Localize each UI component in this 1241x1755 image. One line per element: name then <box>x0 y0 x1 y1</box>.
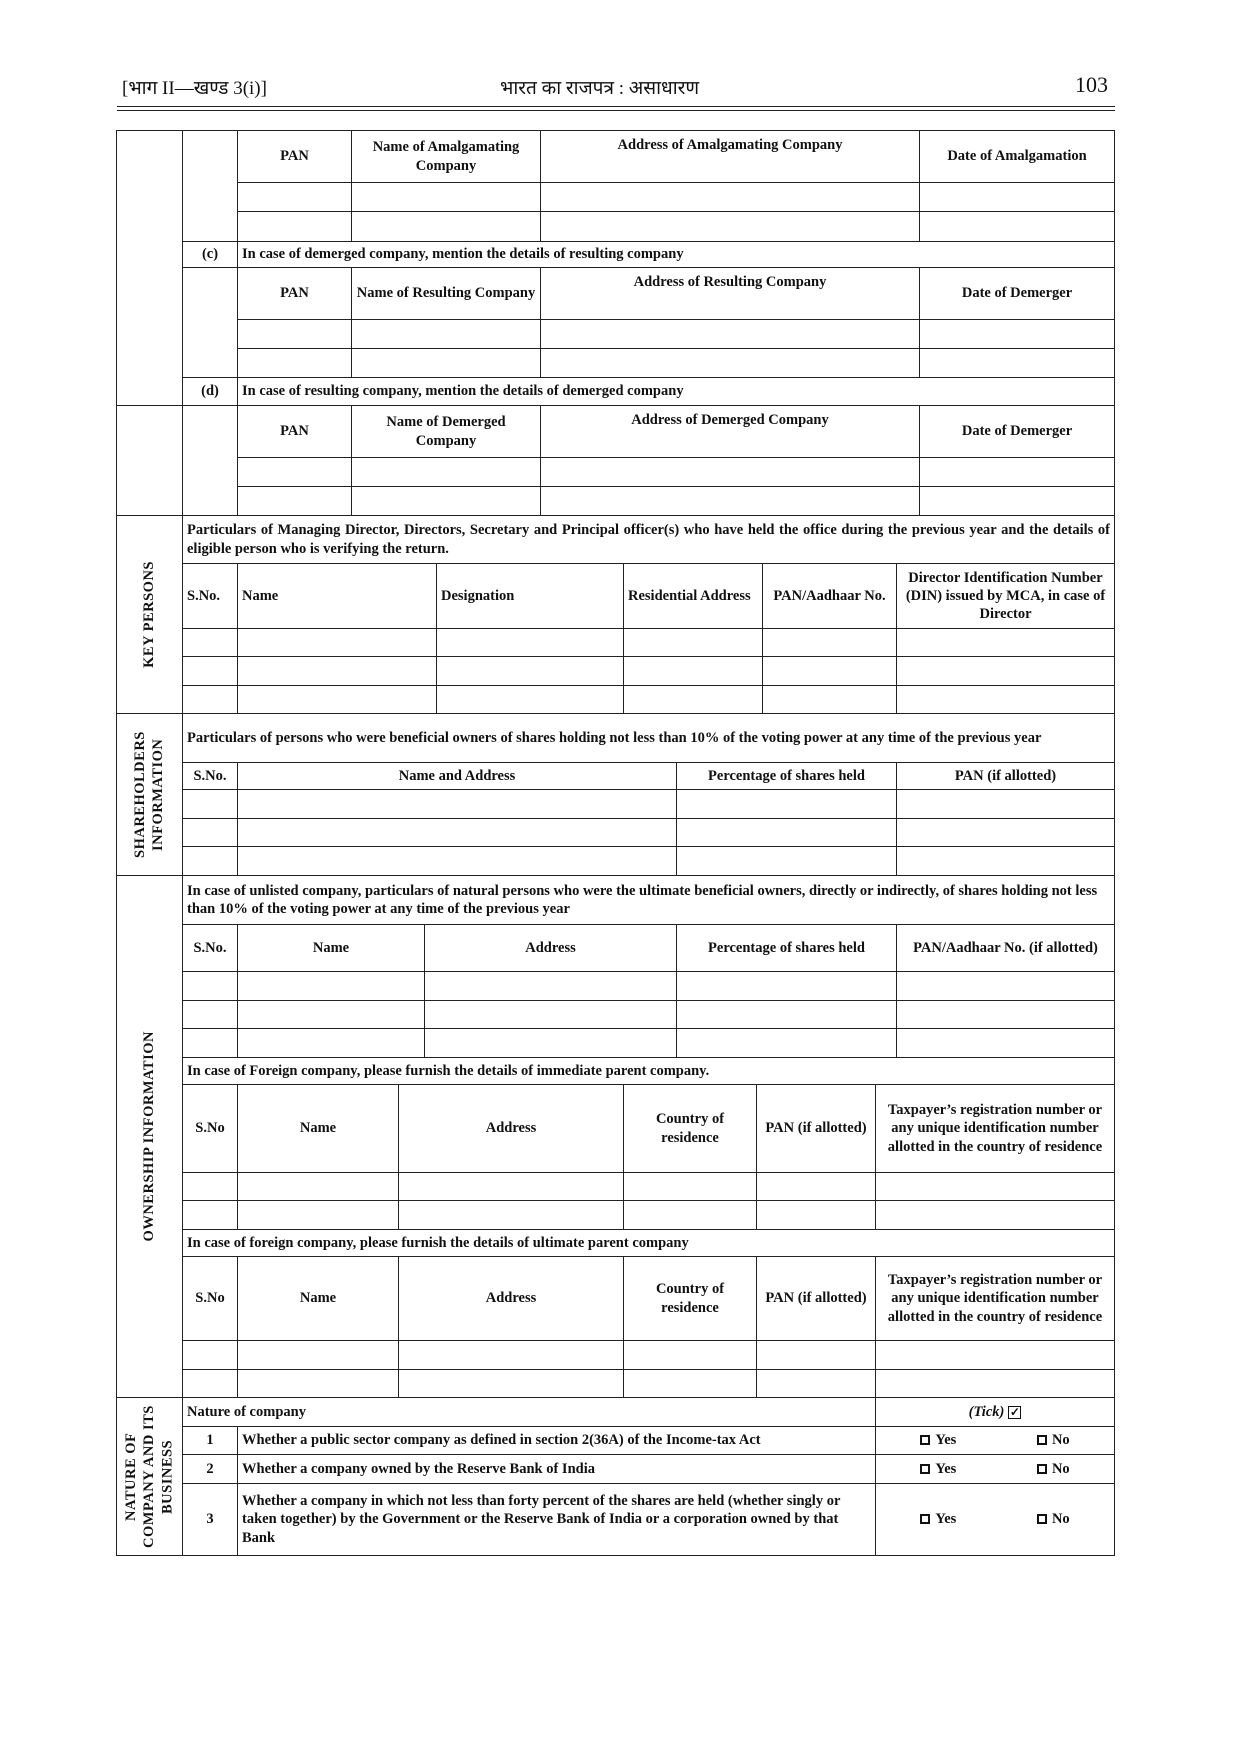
checkbox-yes[interactable] <box>920 1464 930 1474</box>
input-cell[interactable] <box>237 1028 425 1058</box>
nature-item-number: 1 <box>182 1426 238 1455</box>
header-part-section: [भाग II—खण्ड 3(i)] <box>122 74 267 100</box>
input-cell[interactable] <box>919 211 1115 242</box>
side-label-key-persons-text: KEY PERSONS <box>140 561 158 668</box>
input-cell[interactable] <box>237 1369 399 1398</box>
resulting-header: Date of Demerger <box>919 267 1115 320</box>
ultimate-parent-intro: In case of foreign company, please furni… <box>182 1229 1115 1257</box>
input-cell[interactable] <box>762 656 897 686</box>
input-cell[interactable] <box>237 182 352 212</box>
side-label-key-persons: KEY PERSONS <box>116 515 183 714</box>
yes-option[interactable]: Yes <box>920 1431 956 1449</box>
checkbox-yes[interactable] <box>920 1435 930 1445</box>
input-cell[interactable] <box>237 685 437 714</box>
checkbox-yes[interactable] <box>920 1514 930 1524</box>
input-cell[interactable] <box>182 685 238 714</box>
input-cell[interactable] <box>237 628 437 657</box>
shareholders-header: S.No. <box>182 762 238 790</box>
input-cell[interactable] <box>896 789 1115 819</box>
demerged-header: PAN <box>237 405 352 458</box>
input-cell[interactable] <box>237 319 352 349</box>
input-cell[interactable] <box>919 457 1115 487</box>
header-gazette-title: भारत का राजपत्र : असाधारण <box>500 74 699 100</box>
nature-item-answer: YesNo <box>875 1454 1115 1484</box>
input-cell[interactable] <box>351 182 541 212</box>
input-cell[interactable] <box>398 1340 624 1370</box>
resulting-header: Name of Resulting Company <box>351 267 541 320</box>
input-cell[interactable] <box>676 971 897 1001</box>
input-cell[interactable] <box>896 656 1115 686</box>
demerged-header: Name of Demerged Company <box>351 405 541 458</box>
side-label-shareholders: SHAREHOLDERS INFORMATION <box>116 713 183 876</box>
nature-item-answer: YesNo <box>875 1426 1115 1455</box>
input-cell[interactable] <box>540 211 920 242</box>
input-cell[interactable] <box>351 486 541 516</box>
immediate-parent-header: PAN (if allotted) <box>756 1084 876 1173</box>
input-cell[interactable] <box>351 457 541 487</box>
demerged-header: Date of Demerger <box>919 405 1115 458</box>
input-cell[interactable] <box>623 656 763 686</box>
input-cell[interactable] <box>623 628 763 657</box>
input-cell[interactable] <box>237 971 425 1001</box>
no-option[interactable]: No <box>1037 1431 1070 1449</box>
input-cell[interactable] <box>237 818 677 847</box>
no-option[interactable]: No <box>1037 1460 1070 1478</box>
unlisted-header: Address <box>424 924 677 972</box>
unlisted-header: PAN/Aadhaar No. (if allotted) <box>896 924 1115 972</box>
checkbox-no[interactable] <box>1037 1514 1047 1524</box>
input-cell[interactable] <box>237 1172 399 1201</box>
input-cell[interactable] <box>182 1369 238 1398</box>
side-label-nature-text: NATURE OF COMPANY AND ITS BUSINESS <box>122 1399 176 1554</box>
input-cell[interactable] <box>623 1369 757 1398</box>
nature-item-answer: YesNo <box>875 1483 1115 1556</box>
input-cell[interactable] <box>623 1172 757 1201</box>
input-cell[interactable] <box>237 211 352 242</box>
side-label-empty <box>116 405 183 516</box>
ultimate-parent-header: S.No <box>182 1256 238 1341</box>
key-persons-header: Director Identification Number (DIN) iss… <box>896 563 1115 629</box>
immediate-parent-header: Country of residence <box>623 1084 757 1173</box>
input-cell[interactable] <box>896 818 1115 847</box>
input-cell[interactable] <box>762 628 897 657</box>
ultimate-parent-header: PAN (if allotted) <box>756 1256 876 1341</box>
input-cell[interactable] <box>351 211 541 242</box>
side-label-ownership-text: OWNERSHIP INFORMATION <box>140 1031 158 1241</box>
side-label-empty <box>116 130 183 406</box>
amalgamation-header: Date of Amalgamation <box>919 130 1115 183</box>
input-cell[interactable] <box>919 348 1115 378</box>
input-cell[interactable] <box>756 1172 876 1201</box>
key-persons-header: Residential Address <box>623 563 763 629</box>
nature-item-question: Whether a public sector company as defin… <box>237 1426 876 1455</box>
nature-item-question: Whether a company owned by the Reserve B… <box>237 1454 876 1484</box>
header-rule <box>117 110 1115 111</box>
input-cell[interactable] <box>398 1200 624 1230</box>
sub-label-empty <box>182 405 238 516</box>
input-cell[interactable] <box>182 1172 238 1201</box>
immediate-parent-header: Taxpayer’s registration number or any un… <box>875 1084 1115 1173</box>
shareholders-intro: Particulars of persons who were benefici… <box>182 713 1115 763</box>
amalgamation-header: PAN <box>237 130 352 183</box>
input-cell[interactable] <box>756 1369 876 1398</box>
input-cell[interactable] <box>182 789 238 819</box>
input-cell[interactable] <box>919 182 1115 212</box>
input-cell[interactable] <box>237 656 437 686</box>
input-cell[interactable] <box>540 348 920 378</box>
page-number: 103 <box>1075 72 1108 98</box>
input-cell[interactable] <box>919 486 1115 516</box>
amalgamation-header: Name of Amalgamating Company <box>351 130 541 183</box>
input-cell[interactable] <box>623 1200 757 1230</box>
input-cell[interactable] <box>676 818 897 847</box>
input-cell[interactable] <box>896 1028 1115 1058</box>
input-cell[interactable] <box>182 656 238 686</box>
immediate-parent-header: Address <box>398 1084 624 1173</box>
sub-label-empty <box>182 267 238 378</box>
section-c-label: (c) <box>182 241 238 268</box>
input-cell[interactable] <box>540 486 920 516</box>
shareholders-header: PAN (if allotted) <box>896 762 1115 790</box>
checked-box-icon: ✓ <box>1008 1406 1021 1419</box>
input-cell[interactable] <box>182 971 238 1001</box>
input-cell[interactable] <box>182 1200 238 1230</box>
input-cell[interactable] <box>182 818 238 847</box>
key-persons-header: PAN/Aadhaar No. <box>762 563 897 629</box>
input-cell[interactable] <box>540 182 920 212</box>
input-cell[interactable] <box>237 486 352 516</box>
shareholders-header: Name and Address <box>237 762 677 790</box>
input-cell[interactable] <box>182 846 238 876</box>
input-cell[interactable] <box>896 685 1115 714</box>
immediate-parent-header: S.No <box>182 1084 238 1173</box>
input-cell[interactable] <box>398 1172 624 1201</box>
side-label-ownership: OWNERSHIP INFORMATION <box>116 875 183 1398</box>
input-cell[interactable] <box>623 1340 757 1370</box>
nature-item-number: 2 <box>182 1454 238 1484</box>
input-cell[interactable] <box>182 628 238 657</box>
ultimate-parent-header: Address <box>398 1256 624 1341</box>
ultimate-parent-header: Name <box>237 1256 399 1341</box>
amalgamation-header: Address of Amalgamating Company <box>540 130 920 183</box>
resulting-header: PAN <box>237 267 352 320</box>
input-cell[interactable] <box>436 685 624 714</box>
input-cell[interactable] <box>182 1340 238 1370</box>
unlisted-header: Percentage of shares held <box>676 924 897 972</box>
nature-item-question: Whether a company in which not less than… <box>237 1483 876 1556</box>
tick-instruction: (Tick) ✓ <box>875 1397 1115 1427</box>
key-persons-header: Name <box>237 563 437 629</box>
input-cell[interactable] <box>237 348 352 378</box>
input-cell[interactable] <box>762 685 897 714</box>
side-label-shareholders-text: SHAREHOLDERS INFORMATION <box>131 715 167 874</box>
input-cell[interactable] <box>676 1028 897 1058</box>
input-cell[interactable] <box>676 846 897 876</box>
nature-item-number: 3 <box>182 1483 238 1556</box>
input-cell[interactable] <box>896 1000 1115 1029</box>
immediate-parent-header: Name <box>237 1084 399 1173</box>
input-cell[interactable] <box>182 1000 238 1029</box>
nature-title: Nature of company <box>182 1397 876 1427</box>
no-option[interactable]: No <box>1037 1510 1070 1528</box>
input-cell[interactable] <box>237 1200 399 1230</box>
checkbox-no[interactable] <box>1037 1464 1047 1474</box>
immediate-parent-intro: In case of Foreign company, please furni… <box>182 1057 1115 1085</box>
section-d-label: (d) <box>182 377 238 406</box>
input-cell[interactable] <box>896 846 1115 876</box>
input-cell[interactable] <box>756 1340 876 1370</box>
checkbox-no[interactable] <box>1037 1435 1047 1445</box>
input-cell[interactable] <box>436 628 624 657</box>
input-cell[interactable] <box>875 1200 1115 1230</box>
input-cell[interactable] <box>896 971 1115 1001</box>
yes-option[interactable]: Yes <box>920 1510 956 1528</box>
input-cell[interactable] <box>756 1200 876 1230</box>
ultimate-parent-header: Country of residence <box>623 1256 757 1341</box>
input-cell[interactable] <box>540 319 920 349</box>
key-persons-header: S.No. <box>182 563 238 629</box>
input-cell[interactable] <box>896 628 1115 657</box>
input-cell[interactable] <box>237 1000 425 1029</box>
resulting-header: Address of Resulting Company <box>540 267 920 320</box>
input-cell[interactable] <box>351 319 541 349</box>
input-cell[interactable] <box>237 1340 399 1370</box>
input-cell[interactable] <box>676 789 897 819</box>
side-label-nature: NATURE OF COMPANY AND ITS BUSINESS <box>116 1397 183 1556</box>
unlisted-header: S.No. <box>182 924 238 972</box>
input-cell[interactable] <box>424 1000 677 1029</box>
input-cell[interactable] <box>424 1028 677 1058</box>
input-cell[interactable] <box>540 457 920 487</box>
section-c-text: In case of demerged company, mention the… <box>237 241 1115 268</box>
input-cell[interactable] <box>351 348 541 378</box>
input-cell[interactable] <box>398 1369 624 1398</box>
input-cell[interactable] <box>623 685 763 714</box>
input-cell[interactable] <box>436 656 624 686</box>
section-d-text: In case of resulting company, mention th… <box>237 377 1115 406</box>
input-cell[interactable] <box>875 1369 1115 1398</box>
input-cell[interactable] <box>182 1028 238 1058</box>
input-cell[interactable] <box>875 1172 1115 1201</box>
key-persons-header: Designation <box>436 563 624 629</box>
input-cell[interactable] <box>424 971 677 1001</box>
yes-option[interactable]: Yes <box>920 1460 956 1478</box>
input-cell[interactable] <box>237 846 677 876</box>
ultimate-parent-header: Taxpayer’s registration number or any un… <box>875 1256 1115 1341</box>
unlisted-header: Name <box>237 924 425 972</box>
input-cell[interactable] <box>237 457 352 487</box>
input-cell[interactable] <box>875 1340 1115 1370</box>
key-persons-intro: Particulars of Managing Director, Direct… <box>182 515 1115 564</box>
input-cell[interactable] <box>676 1000 897 1029</box>
input-cell[interactable] <box>237 789 677 819</box>
input-cell[interactable] <box>919 319 1115 349</box>
shareholders-header: Percentage of shares held <box>676 762 897 790</box>
sub-label-empty <box>182 130 238 242</box>
header-rule <box>117 106 1115 107</box>
unlisted-intro: In case of unlisted company, particulars… <box>182 875 1115 925</box>
demerged-header: Address of Demerged Company <box>540 405 920 458</box>
